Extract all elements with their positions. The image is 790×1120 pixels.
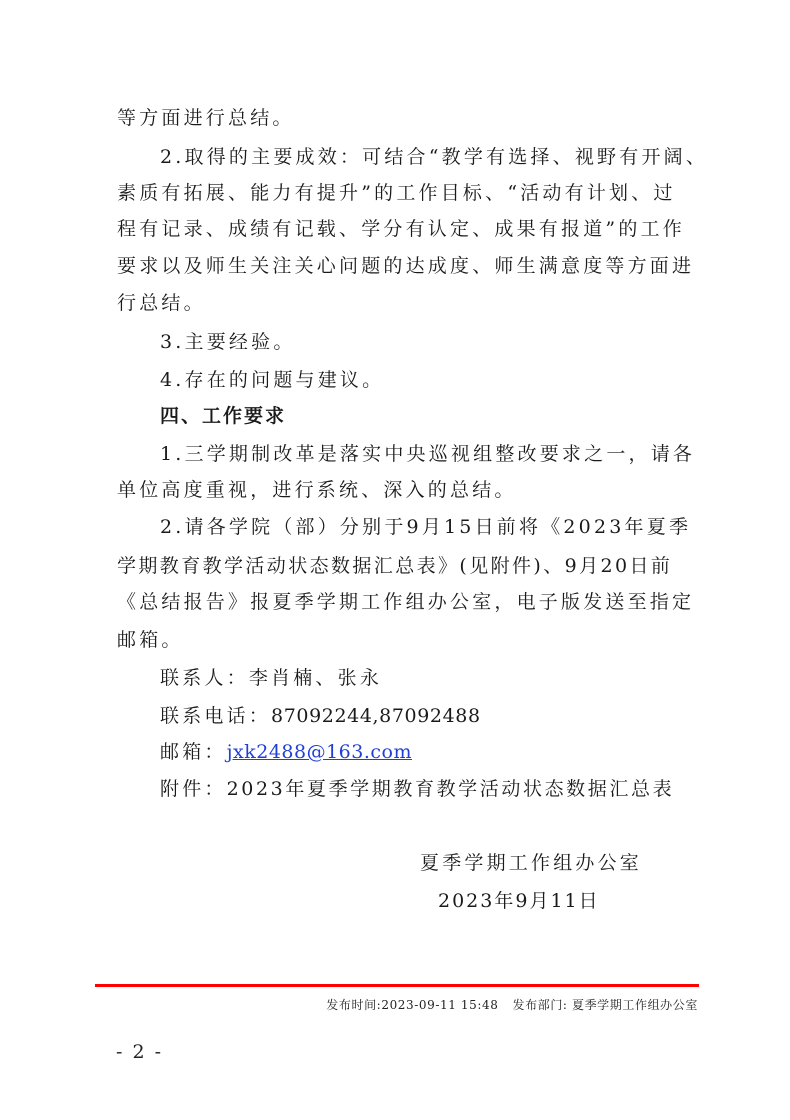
contact-person: 联系人：李肖楠、张永 — [160, 666, 680, 690]
publish-time-value: 2023-09-11 15:48 — [381, 998, 498, 1012]
attachment-value: 2023年夏季学期教育教学活动状态数据汇总表 — [227, 778, 675, 800]
contact-phone-value: 87092244,87092488 — [271, 705, 481, 727]
body-line: 程有记录、成绩有记载、学分有认定、成果有报道”的工作 — [117, 217, 677, 241]
body-line: 要求以及师生关注关心问题的达成度、师生满意度等方面进 — [117, 254, 677, 278]
page-number: - 2 - — [116, 1040, 163, 1064]
section-heading: 四、工作要求 — [160, 404, 680, 428]
body-line: 学期教育教学活动状态数据汇总表》(见附件)、9月20日前 — [117, 554, 677, 578]
body-line: 《总结报告》报夏季学期工作组办公室，电子版发送至指定 — [117, 590, 677, 614]
red-divider — [95, 984, 699, 987]
body-line: 单位高度重视，进行系统、深入的总结。 — [117, 478, 677, 502]
body-line: 2.请各学院（部）分别于9月15日前将《2023年夏季 — [160, 515, 680, 539]
publish-dept-value: 夏季学期工作组办公室 — [572, 998, 698, 1012]
contact-phone: 联系电话：87092244,87092488 — [160, 704, 680, 728]
body-line: 行总结。 — [117, 291, 677, 315]
body-line: 素质有拓展、能力有提升”的工作目标、“活动有计划、过 — [117, 181, 677, 205]
body-line: 1.三学期制改革是落实中央巡视组整改要求之一，请各 — [160, 442, 680, 466]
body-line: 4.存在的问题与建议。 — [160, 368, 680, 392]
email-link[interactable]: jxk2488@163.com — [227, 741, 412, 763]
document-page: 等方面进行总结。 2.取得的主要成效：可结合“教学有选择、视野有开阔、 素质有拓… — [0, 0, 790, 1120]
body-line: 3.主要经验。 — [160, 330, 680, 354]
body-line: 邮箱。 — [117, 628, 677, 652]
contact-email: 邮箱：jxk2488@163.com — [160, 740, 680, 764]
body-line: 2.取得的主要成效：可结合“教学有选择、视野有开阔、 — [160, 145, 680, 169]
contact-person-value: 李肖楠、张永 — [249, 667, 382, 689]
contact-phone-label: 联系电话： — [160, 705, 271, 727]
attachment-label: 附件： — [160, 778, 227, 800]
attachment-line: 附件：2023年夏季学期教育教学活动状态数据汇总表 — [160, 777, 680, 801]
publish-time-label: 发布时间: — [326, 998, 381, 1012]
contact-person-label: 联系人： — [160, 667, 249, 689]
signature-date: 2023年9月11日 — [438, 889, 600, 913]
contact-email-label: 邮箱： — [160, 741, 227, 763]
body-line: 等方面进行总结。 — [117, 106, 677, 130]
publish-info: 发布时间:2023-09-11 15:48发布部门: 夏季学期工作组办公室 — [326, 996, 698, 1014]
publish-dept-label: 发布部门: — [513, 998, 568, 1012]
signature-office: 夏季学期工作组办公室 — [420, 851, 642, 875]
